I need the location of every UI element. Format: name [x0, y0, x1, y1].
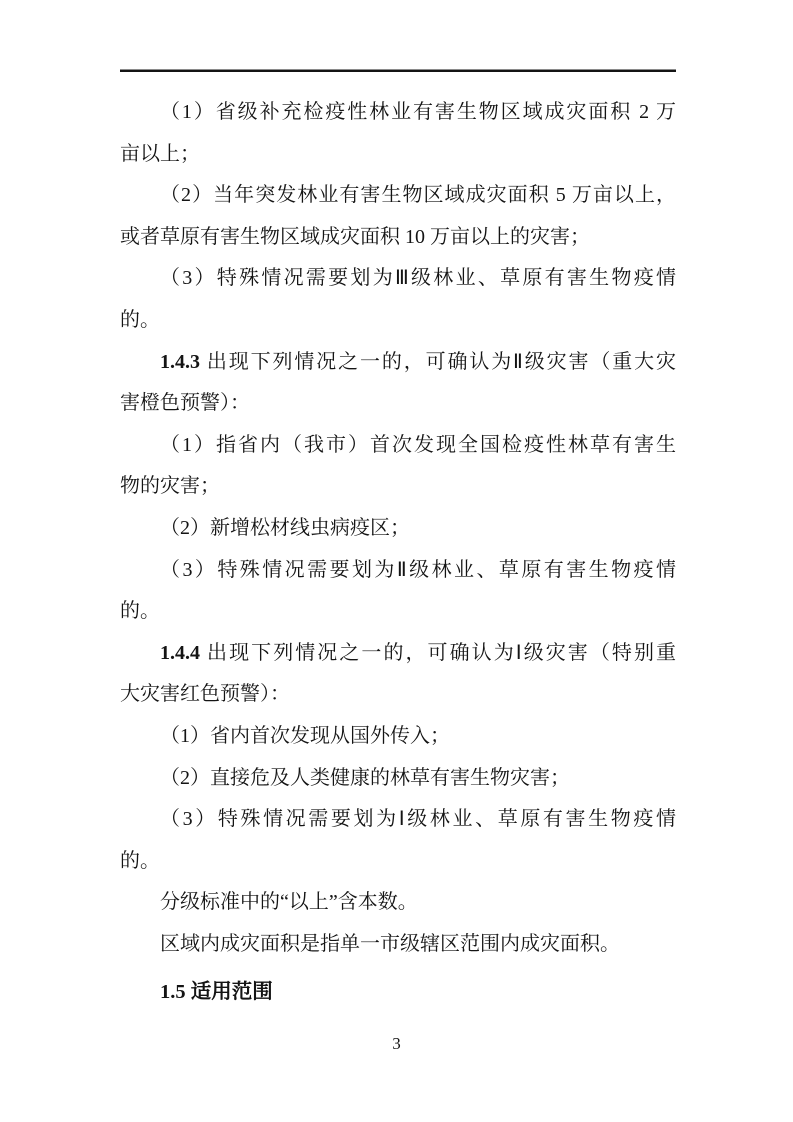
- line-text: 的。: [120, 309, 160, 331]
- line-text: （3）特殊情况需要划为Ⅰ级林业、草原有害生物疫情: [160, 808, 676, 830]
- line-text: 害橙色预警）：: [120, 392, 250, 414]
- line-text: 或者草原有害生物区域成灾面积 10 万亩以上的灾害；: [120, 226, 590, 248]
- text-line: 物的灾害；: [120, 466, 676, 508]
- line-text: 大灾害红色预警）：: [120, 683, 290, 705]
- header-rule: [120, 69, 676, 72]
- text-line: （3）特殊情况需要划为Ⅲ级林业、草原有害生物疫情: [120, 258, 676, 300]
- document-page: （1）省级补充检疫性林业有害生物区域成灾面积 2 万 亩以上； （2）当年突发林…: [0, 0, 793, 1122]
- section-heading-1-5: 1.5 适用范围: [120, 972, 676, 1014]
- text-line: 大灾害红色预警）：: [120, 674, 676, 716]
- text-line: 分级标准中的“以上”含本数。: [120, 882, 676, 924]
- line-text: 出现下列情况之一的，可确认为Ⅱ级灾害（重大灾: [200, 351, 676, 373]
- text-line: （2）直接危及人类健康的林草有害生物灾害；: [120, 758, 676, 800]
- text-line: 或者草原有害生物区域成灾面积 10 万亩以上的灾害；: [120, 217, 676, 259]
- line-text: （3）特殊情况需要划为Ⅲ级林业、草原有害生物疫情: [160, 267, 676, 289]
- page-number: 3: [0, 1032, 793, 1056]
- text-line: （1）省内首次发现从国外传入；: [120, 716, 676, 758]
- text-line: 的。: [120, 841, 676, 883]
- text-line: 害橙色预警）：: [120, 383, 676, 425]
- line-text: （2）新增松材线虫病疫区；: [160, 517, 410, 539]
- line-text: （3）特殊情况需要划为Ⅱ级林业、草原有害生物疫情: [160, 559, 676, 581]
- line-text: 分级标准中的“以上”含本数。: [160, 891, 418, 913]
- text-line: （1）指省内（我市）首次发现全国检疫性林草有害生: [120, 425, 676, 467]
- text-line: 的。: [120, 591, 676, 633]
- text-line: 1.4.3 出现下列情况之一的，可确认为Ⅱ级灾害（重大灾: [120, 342, 676, 384]
- line-text: （1）省级补充检疫性林业有害生物区域成灾面积 2 万: [160, 101, 676, 123]
- line-text: 的。: [120, 600, 160, 622]
- text-line: （1）省级补充检疫性林业有害生物区域成灾面积 2 万: [120, 92, 676, 134]
- text-line: （2）当年突发林业有害生物区域成灾面积 5 万亩以上，: [120, 175, 676, 217]
- text-line: （3）特殊情况需要划为Ⅱ级林业、草原有害生物疫情: [120, 550, 676, 592]
- line-text: 出现下列情况之一的，可确认为Ⅰ级灾害（特别重: [200, 642, 676, 664]
- line-text: （1）指省内（我市）首次发现全国检疫性林草有害生: [160, 434, 676, 456]
- line-text: 区域内成灾面积是指单一市级辖区范围内成灾面积。: [160, 933, 620, 955]
- line-text: （2）当年突发林业有害生物区域成灾面积 5 万亩以上，: [160, 184, 676, 206]
- text-line: （2）新增松材线虫病疫区；: [120, 508, 676, 550]
- document-body: （1）省级补充检疫性林业有害生物区域成灾面积 2 万 亩以上； （2）当年突发林…: [120, 92, 676, 1014]
- text-line: 区域内成灾面积是指单一市级辖区范围内成灾面积。: [120, 924, 676, 966]
- clause-number: 1.4.3: [160, 351, 200, 373]
- clause-number: 1.4.4: [160, 642, 200, 664]
- text-line: 亩以上；: [120, 134, 676, 176]
- line-text: 物的灾害；: [120, 475, 220, 497]
- line-text: 的。: [120, 850, 160, 872]
- line-text: （2）直接危及人类健康的林草有害生物灾害；: [160, 767, 570, 789]
- text-line: （3）特殊情况需要划为Ⅰ级林业、草原有害生物疫情: [120, 799, 676, 841]
- line-text: （1）省内首次发现从国外传入；: [160, 725, 450, 747]
- text-line: 1.4.4 出现下列情况之一的，可确认为Ⅰ级灾害（特别重: [120, 633, 676, 675]
- text-line: 的。: [120, 300, 676, 342]
- line-text: 亩以上；: [120, 143, 200, 165]
